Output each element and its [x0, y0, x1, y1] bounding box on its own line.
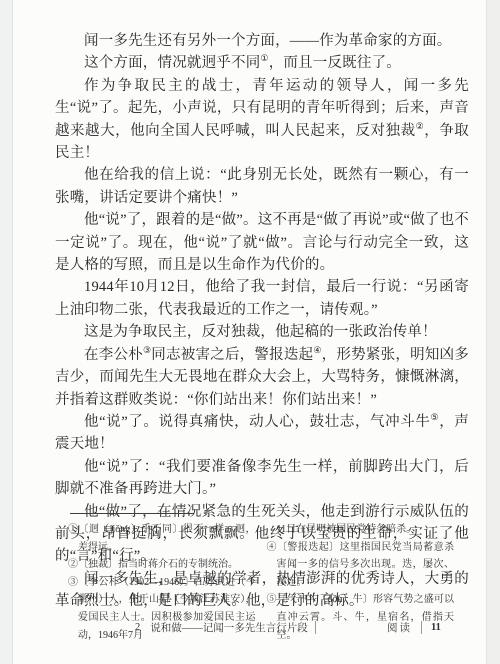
- page-number: 11: [431, 622, 441, 633]
- footer-divider: [421, 621, 422, 634]
- footer-pagination-group: 阅读 11: [387, 620, 441, 635]
- footnote-marker: ①: [68, 524, 78, 535]
- footnote-item: ④〔警报迭起〕这里指国民党当局蓄意杀害闻一多的信号多次出现。迭，屡次、接连。: [267, 539, 455, 592]
- lesson-title: 说和做——记闻一多先生言行片段: [150, 620, 308, 635]
- paragraph: 他在给我的信上说：“此身别无长处，既然有一颗心，有一张嘴，讲话定要讲个痛快！”: [55, 164, 469, 209]
- scan-edge-right: [486, 0, 500, 664]
- footnote-ref: ④: [313, 345, 321, 355]
- scan-edge-left: [0, 0, 13, 664]
- footnote-item: 11日在昆明被国民党特务暗杀。: [267, 521, 455, 539]
- lesson-number: 2: [135, 622, 140, 633]
- paragraph: 他“说”了：“我们要准备像李先生一样，前脚跨出大门，后脚就不准备再跨进大门。”: [55, 456, 469, 501]
- paragraph: 作为争取民主的战士，青年运动的领导人，闻一多先生“说”了。起先，小声说，只有昆明…: [55, 75, 469, 165]
- footer-lesson-group: 2 说和做——记闻一多先生言行片段: [135, 620, 316, 635]
- footnote-marker: ③: [68, 577, 78, 588]
- paragraph: 这是为争取民主，反对独裁，他起稿的一张政治传单！: [55, 321, 469, 343]
- paragraph: 他“说”了。说得真痛快，动人心，鼓壮志，气冲斗牛⑤，声震天地！: [55, 411, 469, 456]
- footnote-item: ①〔迥（jiǒng）乎不同〕很不一样。迥，差得远。: [68, 521, 256, 556]
- paragraph: 闻一多先生还有另外一个方面，——作为革命家的方面。: [55, 30, 469, 52]
- footnote-ref: ②: [416, 121, 425, 131]
- footnote-ref: ③: [143, 345, 151, 355]
- footnote-marker: ②: [68, 559, 78, 570]
- footnote-item: ②〔独裁〕指当时蒋介石的专制统治。: [68, 556, 256, 574]
- footer-divider: [315, 621, 316, 634]
- page-footer: 2 说和做——记闻一多先生言行片段 阅读 11: [0, 620, 500, 638]
- textbook-page: 闻一多先生还有另外一个方面，——作为革命家的方面。这个方面，情况就迥乎不同①，而…: [0, 0, 500, 664]
- footnote-separator-rule: [70, 513, 194, 514]
- paragraph: 在李公朴③同志被害之后，警报迭起④，形势紧张，明知凶多吉少，而闻先生大无畏地在群…: [55, 344, 469, 411]
- footnote-marker: ④: [267, 542, 277, 553]
- section-label: 阅读: [387, 620, 412, 635]
- footnote-ref: ⑤: [431, 412, 440, 422]
- footnote-marker: ⑤: [267, 594, 277, 605]
- paragraph: 他“说”了，跟着的是“做”。这不再是“做了再说”或“做了也不一定说”了。现在，他…: [55, 209, 469, 276]
- footnote-ref: ①: [260, 54, 268, 64]
- paragraph: 1944年10月12日，他给了我一封信，最后一行说：“另函寄上油印物二张，代表我…: [55, 276, 469, 321]
- paragraph: 这个方面，情况就迥乎不同①，而且一反既往了。: [55, 52, 469, 74]
